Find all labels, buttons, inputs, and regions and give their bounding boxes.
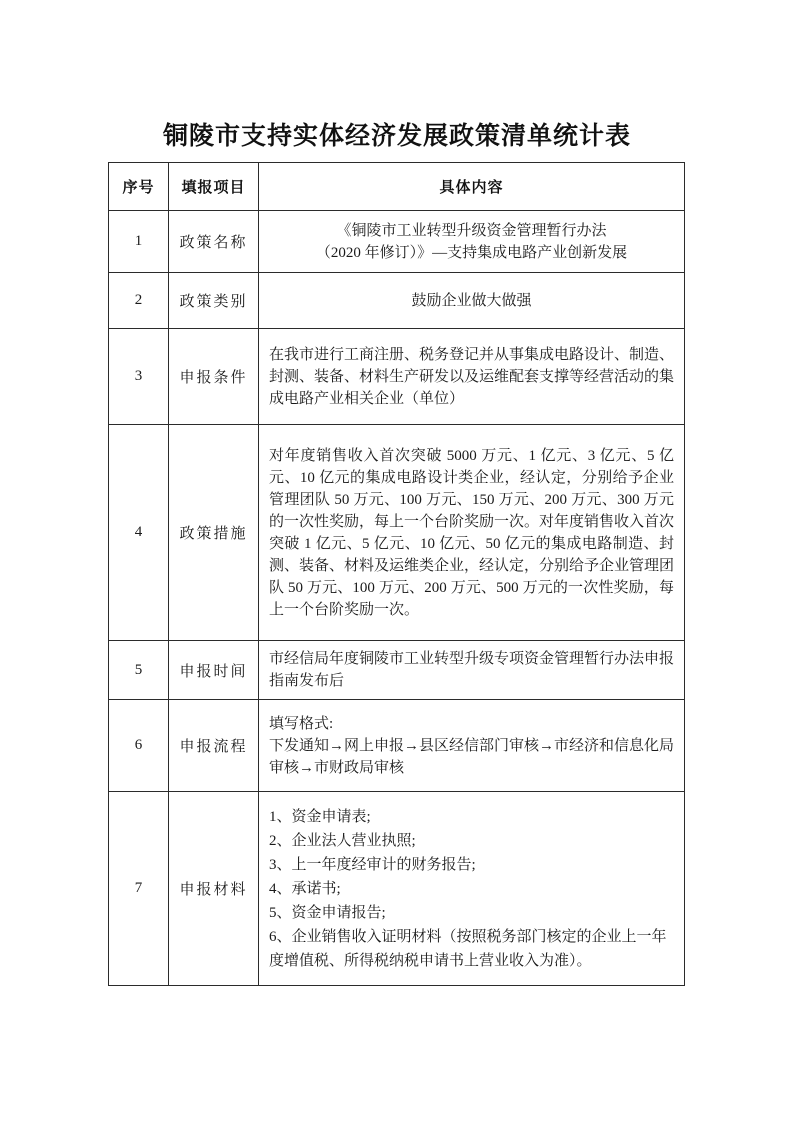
row-number-cell: 2 bbox=[109, 273, 169, 329]
table-row-3: 3申报条件在我市进行工商注册、税务登记并从事集成电路设计、制造、封测、装备、材料… bbox=[109, 329, 685, 425]
column-header-1: 填报项目 bbox=[169, 163, 259, 211]
table-row-7: 7申报材料1、资金申请表;2、企业法人营业执照;3、上一年度经审计的财务报告;4… bbox=[109, 792, 685, 986]
content-line: 鼓励企业做大做强 bbox=[269, 290, 674, 312]
content-line: 1、资金申请表; bbox=[269, 805, 674, 829]
content-line: 3、上一年度经审计的财务报告; bbox=[269, 853, 674, 877]
row-number-cell: 4 bbox=[109, 425, 169, 641]
content-line: 4、承诺书; bbox=[269, 877, 674, 901]
content-cell: 市经信局年度铜陵市工业转型升级专项资金管理暂行办法申报指南发布后 bbox=[259, 641, 685, 700]
item-name-cell: 申报条件 bbox=[169, 329, 259, 425]
item-name-cell: 政策措施 bbox=[169, 425, 259, 641]
content-line: 《铜陵市工业转型升级资金管理暂行办法 bbox=[269, 220, 674, 242]
content-line: 6、企业销售收入证明材料（按照税务部门核定的企业上一年度增值税、所得税纳税申请书… bbox=[269, 925, 674, 973]
content-cell: 对年度销售收入首次突破 5000 万元、1 亿元、3 亿元、5 亿元、10 亿元… bbox=[259, 425, 685, 641]
content-cell: 鼓励企业做大做强 bbox=[259, 273, 685, 329]
content-line: 下发通知→网上申报→县区经信部门审核→市经济和信息化局审核→市财政局审核 bbox=[269, 735, 674, 779]
content-line: 2、企业法人营业执照; bbox=[269, 829, 674, 853]
content-line: 在我市进行工商注册、税务登记并从事集成电路设计、制造、封测、装备、材料生产研发以… bbox=[269, 344, 674, 410]
row-number-cell: 6 bbox=[109, 700, 169, 792]
table-row-1: 1政策名称《铜陵市工业转型升级资金管理暂行办法（2020 年修订）》—支持集成电… bbox=[109, 211, 685, 273]
table-row-5: 5申报时间市经信局年度铜陵市工业转型升级专项资金管理暂行办法申报指南发布后 bbox=[109, 641, 685, 700]
table-row-2: 2政策类别鼓励企业做大做强 bbox=[109, 273, 685, 329]
content-line: 5、资金申请报告; bbox=[269, 901, 674, 925]
row-number-cell: 5 bbox=[109, 641, 169, 700]
content-line: （2020 年修订）》—支持集成电路产业创新发展 bbox=[269, 242, 674, 264]
item-name-cell: 申报流程 bbox=[169, 700, 259, 792]
page-title: 铜陵市支持实体经济发展政策清单统计表 bbox=[0, 116, 794, 152]
row-number-cell: 3 bbox=[109, 329, 169, 425]
content-cell: 1、资金申请表;2、企业法人营业执照;3、上一年度经审计的财务报告;4、承诺书;… bbox=[259, 792, 685, 986]
item-name-cell: 政策类别 bbox=[169, 273, 259, 329]
content-cell: 在我市进行工商注册、税务登记并从事集成电路设计、制造、封测、装备、材料生产研发以… bbox=[259, 329, 685, 425]
document-page: 铜陵市支持实体经济发展政策清单统计表 序号填报项目具体内容 1政策名称《铜陵市工… bbox=[0, 0, 794, 1122]
item-name-cell: 政策名称 bbox=[169, 211, 259, 273]
content-cell: 填写格式:下发通知→网上申报→县区经信部门审核→市经济和信息化局审核→市财政局审… bbox=[259, 700, 685, 792]
policy-table: 序号填报项目具体内容 1政策名称《铜陵市工业转型升级资金管理暂行办法（2020 … bbox=[108, 162, 685, 986]
content-cell: 《铜陵市工业转型升级资金管理暂行办法（2020 年修订）》—支持集成电路产业创新… bbox=[259, 211, 685, 273]
item-name-cell: 申报时间 bbox=[169, 641, 259, 700]
content-line: 对年度销售收入首次突破 5000 万元、1 亿元、3 亿元、5 亿元、10 亿元… bbox=[269, 445, 674, 621]
table-header-row: 序号填报项目具体内容 bbox=[109, 163, 685, 211]
content-line: 市经信局年度铜陵市工业转型升级专项资金管理暂行办法申报指南发布后 bbox=[269, 648, 674, 692]
content-line: 填写格式: bbox=[269, 713, 674, 735]
column-header-0: 序号 bbox=[109, 163, 169, 211]
table-row-6: 6申报流程填写格式:下发通知→网上申报→县区经信部门审核→市经济和信息化局审核→… bbox=[109, 700, 685, 792]
column-header-2: 具体内容 bbox=[259, 163, 685, 211]
item-name-cell: 申报材料 bbox=[169, 792, 259, 986]
table-row-4: 4政策措施对年度销售收入首次突破 5000 万元、1 亿元、3 亿元、5 亿元、… bbox=[109, 425, 685, 641]
row-number-cell: 1 bbox=[109, 211, 169, 273]
row-number-cell: 7 bbox=[109, 792, 169, 986]
